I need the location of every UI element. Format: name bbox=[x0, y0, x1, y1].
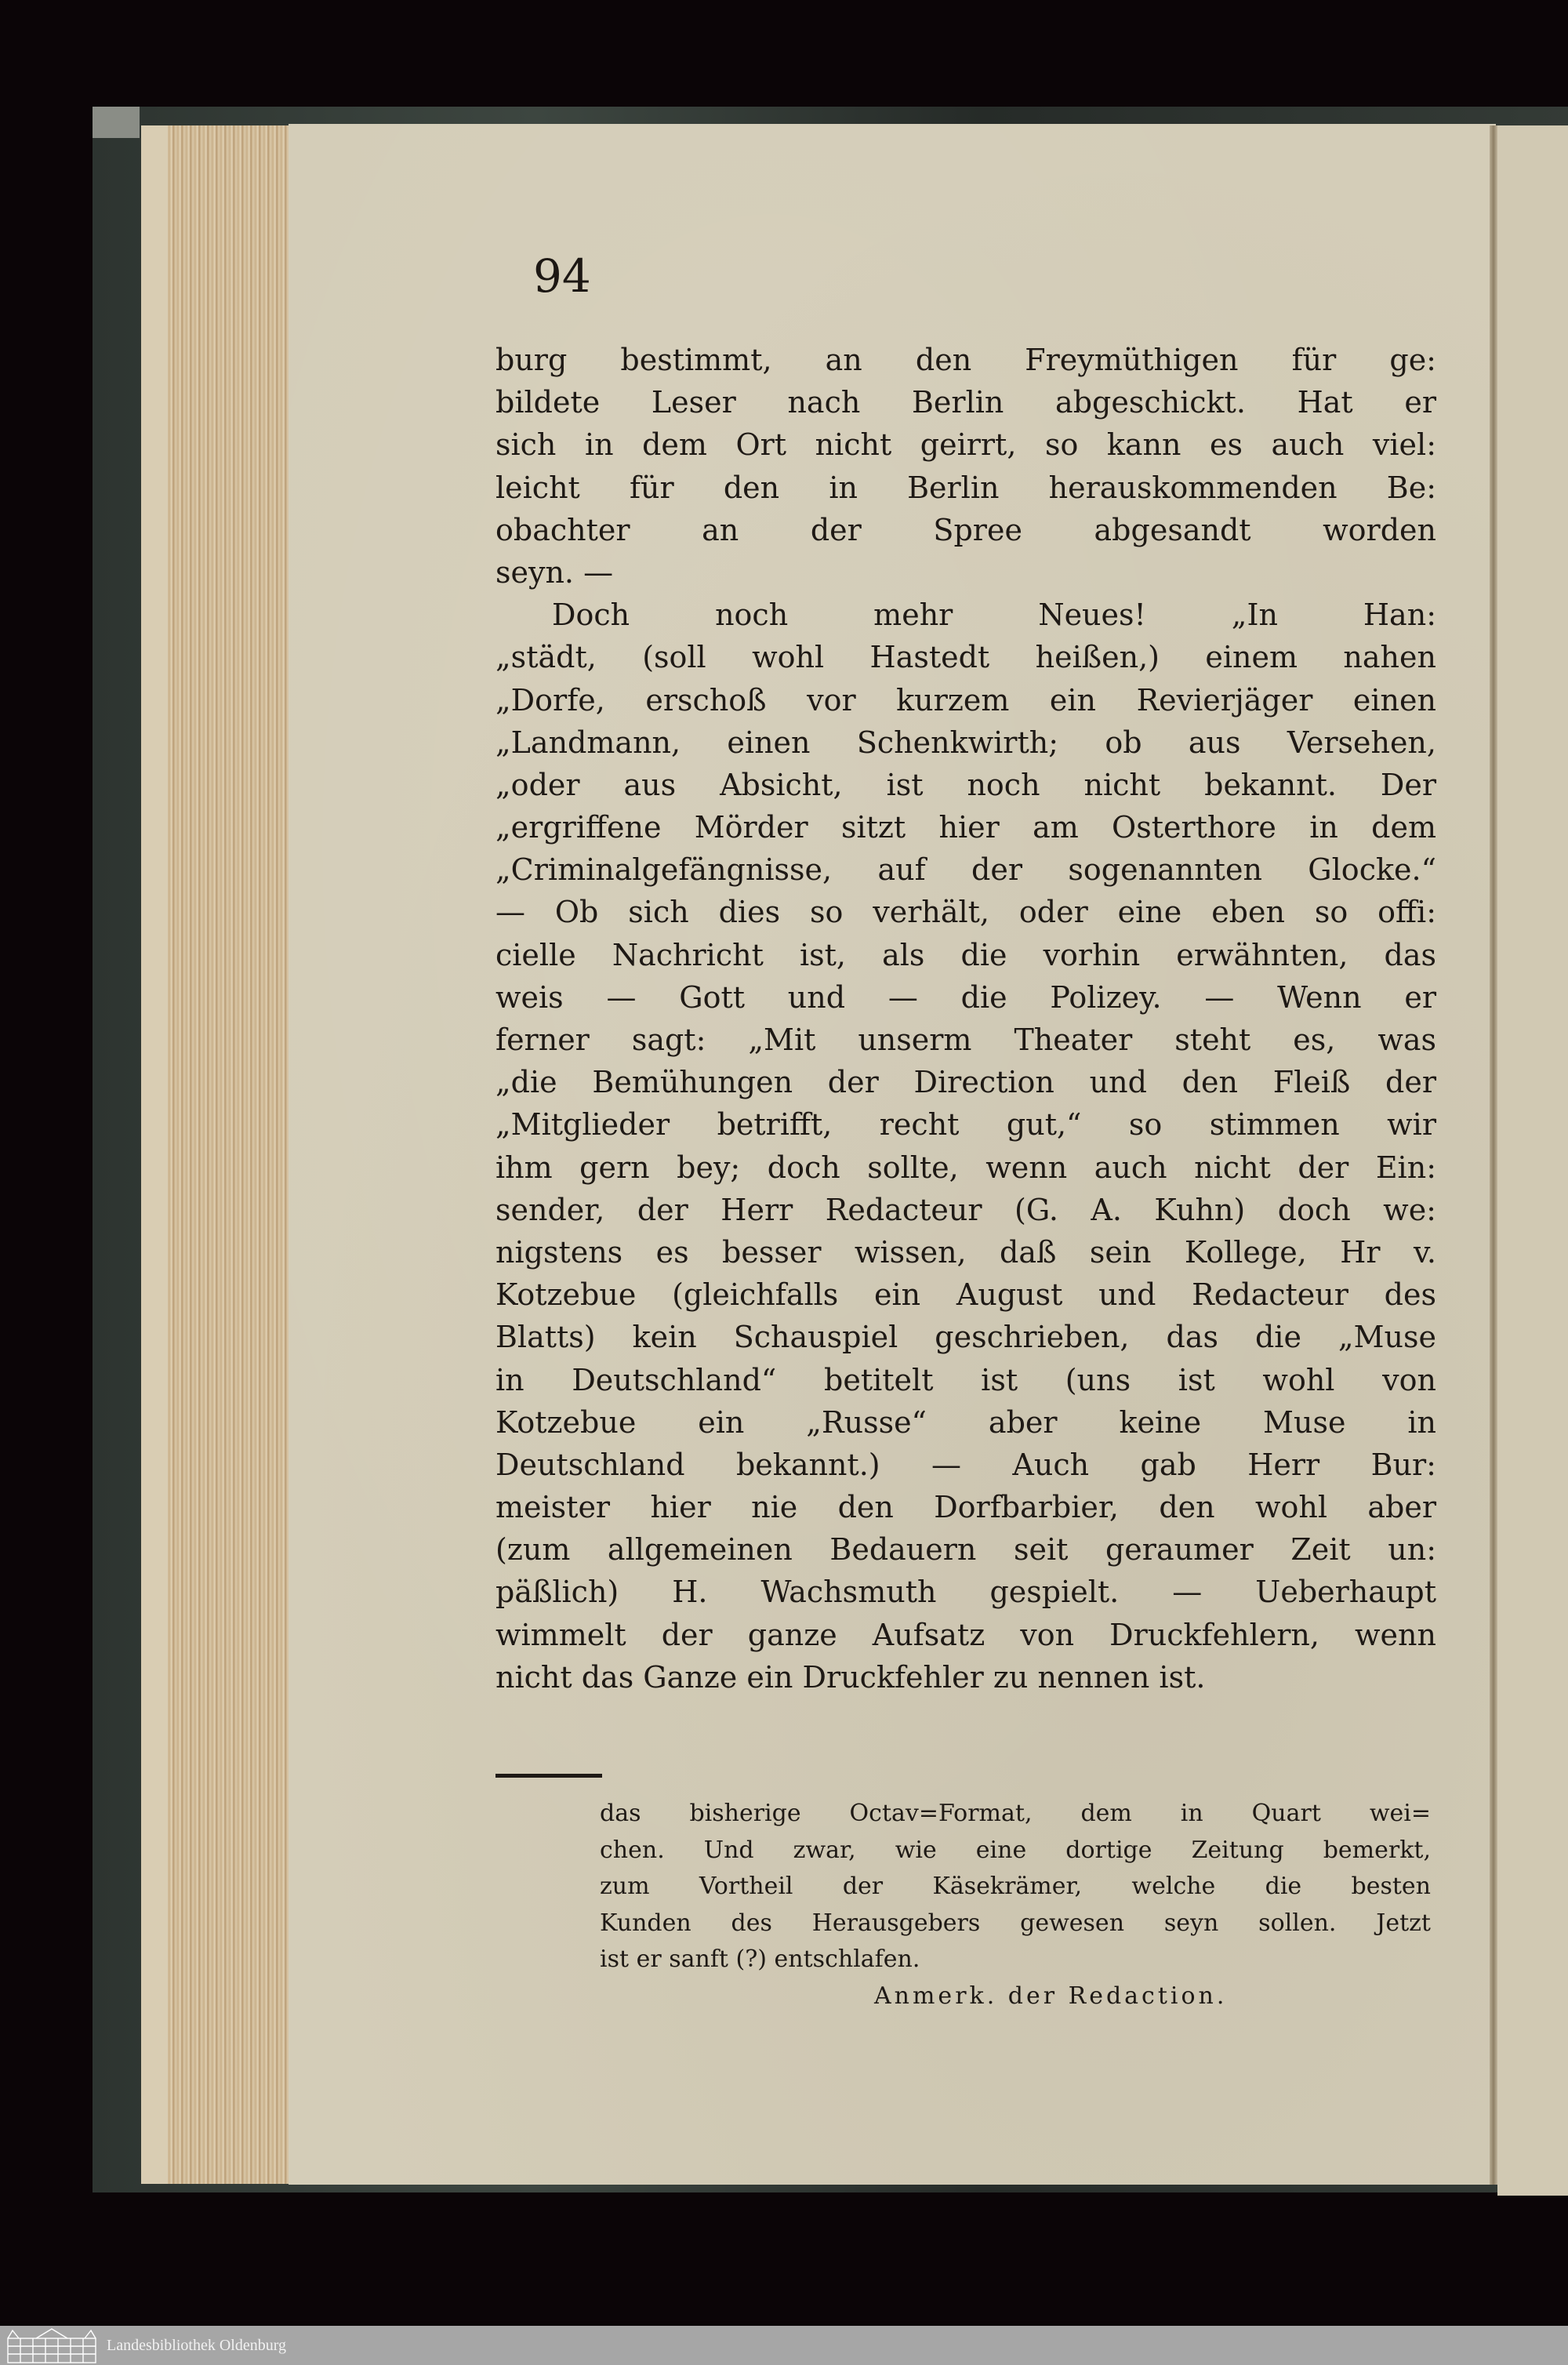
text-line: „Dorfe, erschoß vor kurzem ein Revierjäg… bbox=[495, 679, 1436, 721]
text-line: (zum allgemeinen Bedauern seit geraumer … bbox=[495, 1528, 1436, 1571]
facing-page-edge bbox=[1497, 125, 1568, 2196]
text-line: Kotzebue ein „Russe“ aber keine Muse in bbox=[495, 1401, 1436, 1444]
text-line: seyn. — bbox=[495, 551, 1436, 594]
text-line: nicht das Ganze ein Druckfehler zu nenne… bbox=[495, 1656, 1436, 1698]
text-line: weis — Gott und — die Polizey. — Wenn er bbox=[495, 976, 1436, 1019]
text-line: sich in dem Ort nicht geirrt, so kann es… bbox=[495, 423, 1436, 466]
footnote-line: das bisherige Octav=Format, dem in Quart… bbox=[600, 1796, 1431, 1833]
text-line: Blatts) kein Schauspiel geschrieben, das… bbox=[495, 1316, 1436, 1358]
text-line: bildete Leser nach Berlin abgeschickt. H… bbox=[495, 381, 1436, 423]
text-line: „städt, (soll wohl Hastedt heißen,) eine… bbox=[495, 636, 1436, 678]
text-line: Deutschland bekannt.) — Auch gab Herr Bu… bbox=[495, 1444, 1436, 1486]
page-gutter bbox=[1490, 125, 1497, 2185]
footnote-line: Kunden des Herausgebers gewesen seyn sol… bbox=[600, 1905, 1431, 1942]
library-name: Landesbibliothek Oldenburg bbox=[107, 2337, 286, 2355]
text-line: „ergriffene Mörder sitzt hier am Osterth… bbox=[495, 806, 1436, 848]
footnote-rule bbox=[495, 1774, 602, 1778]
footer-bar: Landesbibliothek Oldenburg bbox=[0, 2326, 1568, 2365]
page-edges-stack bbox=[141, 125, 290, 2184]
footnote-line: chen. Und zwar, wie eine dortige Zeitung… bbox=[600, 1833, 1431, 1869]
text-line: „Landmann, einen Schenkwirth; ob aus Ver… bbox=[495, 721, 1436, 764]
text-line: nigstens es besser wissen, daß sein Koll… bbox=[495, 1231, 1436, 1273]
text-line: ferner sagt: „Mit unserm Theater steht e… bbox=[495, 1019, 1436, 1061]
text-line: burg bestimmt, an den Freymüthigen für g… bbox=[495, 339, 1436, 381]
cover-worn-corner bbox=[93, 107, 140, 138]
text-line: Kotzebue (gleichfalls ein August und Red… bbox=[495, 1273, 1436, 1316]
text-line: meister hier nie den Dorfbarbier, den wo… bbox=[495, 1486, 1436, 1528]
text-line: obachter an der Spree abgesandt worden bbox=[495, 509, 1436, 551]
text-line: in Deutschland“ betitelt ist (uns ist wo… bbox=[495, 1359, 1436, 1401]
footnote-line: zum Vortheil der Käsekrämer, welche die … bbox=[600, 1869, 1431, 1905]
footnote: das bisherige Octav=Format, dem in Quart… bbox=[600, 1796, 1431, 2014]
library-building-icon bbox=[5, 2327, 99, 2363]
text-line: cielle Nachricht ist, als die vorhin erw… bbox=[495, 934, 1436, 976]
text-line: „Mitglieder betrifft, recht gut,“ so sti… bbox=[495, 1103, 1436, 1146]
page-number: 94 bbox=[533, 249, 591, 303]
text-line: wimmelt der ganze Aufsatz von Druckfehle… bbox=[495, 1614, 1436, 1656]
text-line: leicht für den in Berlin herauskommenden… bbox=[495, 467, 1436, 509]
text-line: „oder aus Absicht, ist noch nicht bekann… bbox=[495, 764, 1436, 806]
body-text: burg bestimmt, an den Freymüthigen für g… bbox=[495, 339, 1436, 1698]
text-line: ihm gern bey; doch sollte, wenn auch nic… bbox=[495, 1146, 1436, 1189]
footnote-signature: Anmerk. der Redaction. bbox=[600, 1978, 1431, 2015]
text-line: „die Bemühungen der Direction und den Fl… bbox=[495, 1061, 1436, 1103]
text-line: päßlich) H. Wachsmuth gespielt. — Ueberh… bbox=[495, 1571, 1436, 1613]
footnote-line: ist er sanft (?) entschlafen. bbox=[600, 1942, 1431, 1978]
text-line: „Criminalgefängnisse, auf der sogenannte… bbox=[495, 848, 1436, 891]
text-line: Doch noch mehr Neues! „In Han: bbox=[495, 594, 1436, 636]
text-line: sender, der Herr Redacteur (G. A. Kuhn) … bbox=[495, 1189, 1436, 1231]
text-line: — Ob sich dies so verhält, oder eine ebe… bbox=[495, 891, 1436, 933]
